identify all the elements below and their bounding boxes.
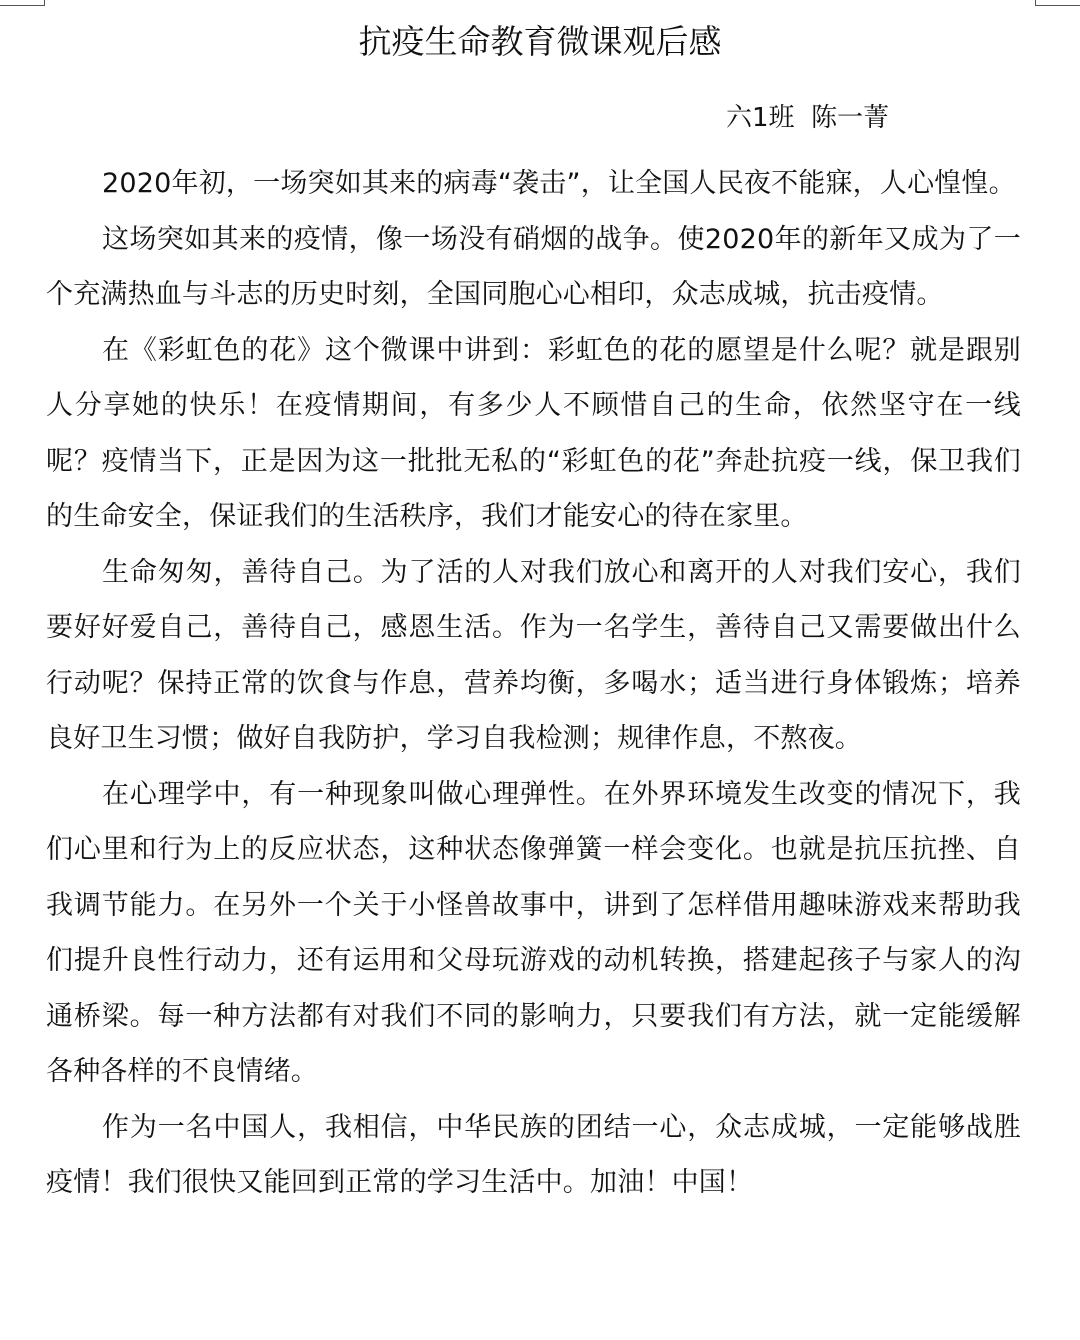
document-body: 2020年初，一场突如其来的病毒“袭击”，让全国人民夜不能寐，人心惶惶。 这场突… <box>46 156 1021 1211</box>
paragraph-1: 2020年初，一场突如其来的病毒“袭击”，让全国人民夜不能寐，人心惶惶。 <box>46 156 1021 212</box>
author-byline: 六1班 陈一菁 <box>726 100 889 136</box>
page-corner-mark-right <box>1035 0 1080 6</box>
paragraph-4: 生命匆匆，善待自己。为了活的人对我们放心和离开的人对我们安心，我们要好好爱自己，… <box>46 545 1021 767</box>
paragraph-5: 在心理学中，有一种现象叫做心理弹性。在外界环境发生改变的情况下，我们心里和行为上… <box>46 767 1021 1100</box>
paragraph-3: 在《彩虹色的花》这个微课中讲到：彩虹色的花的愿望是什么呢？就是跟别人分享她的快乐… <box>46 323 1021 545</box>
document-title: 抗疫生命教育微课观后感 <box>0 20 1080 64</box>
page-corner-mark-left <box>0 0 45 6</box>
paragraph-6: 作为一名中国人，我相信，中华民族的团结一心，众志成城，一定能够战胜疫情！我们很快… <box>46 1100 1021 1211</box>
paragraph-2: 这场突如其来的疫情，像一场没有硝烟的战争。使2020年的新年又成为了一个充满热血… <box>46 212 1021 323</box>
